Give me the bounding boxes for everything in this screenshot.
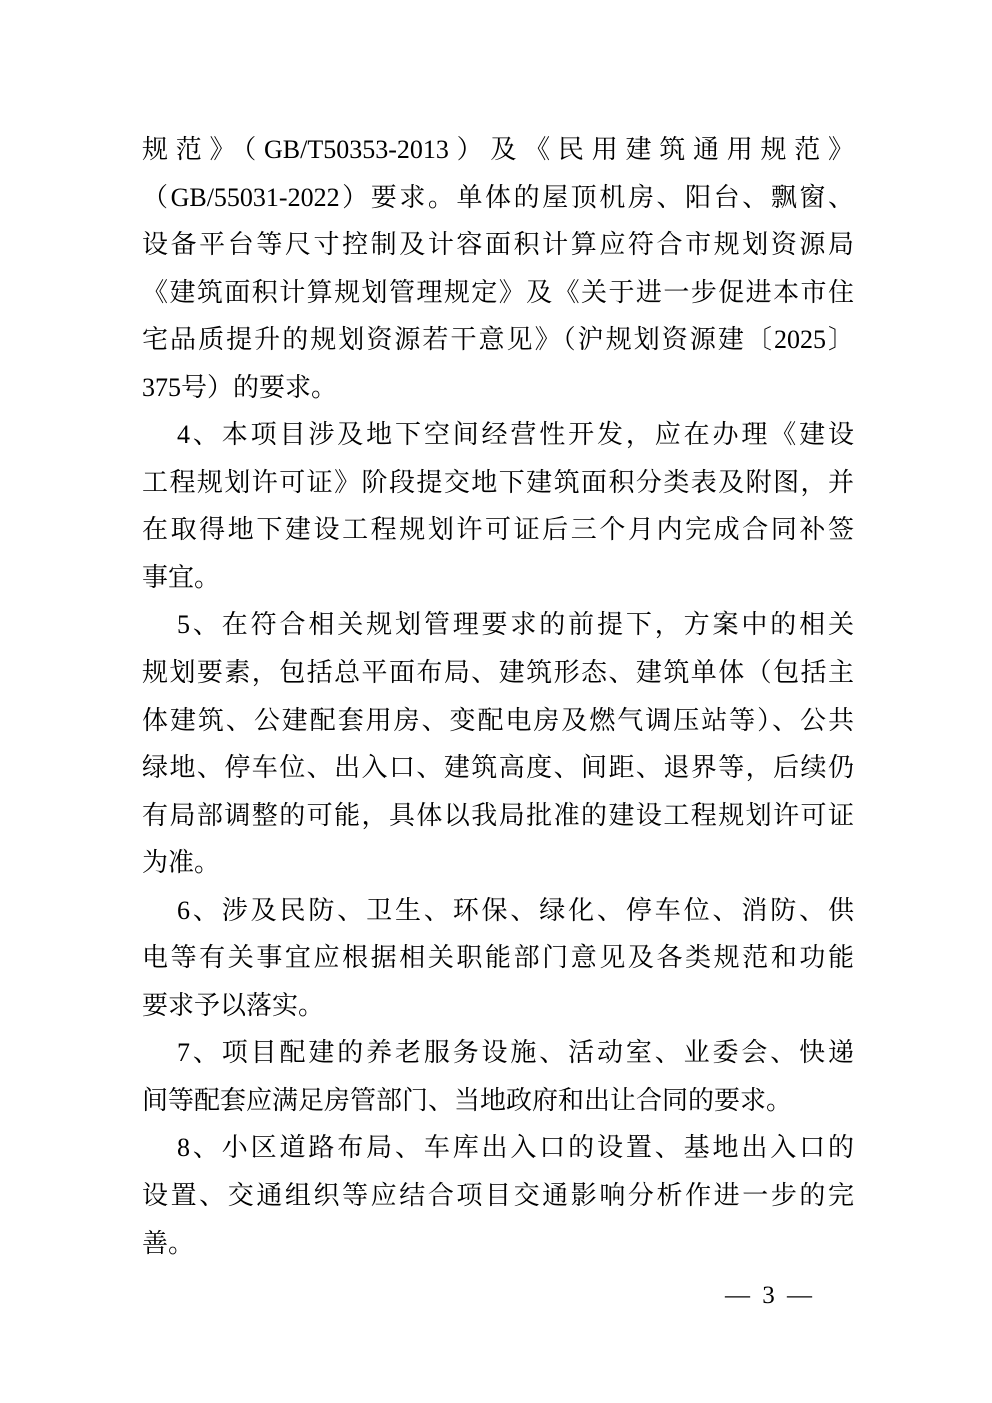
text-line: 5、在符合相关规划管理要求的前提下，方案中的相关	[142, 601, 854, 649]
text-line: 善。	[142, 1220, 854, 1268]
text-line: 375号）的要求。	[142, 364, 854, 412]
text-line: 8、小区道路布局、车库出入口的设置、基地出入口的	[142, 1124, 854, 1172]
text-line: 要求予以落实。	[142, 982, 854, 1030]
text-line: 在取得地下建设工程规划许可证后三个月内完成合同补签	[142, 506, 854, 554]
text-line: 绿地、停车位、出入口、建筑高度、间距、退界等，后续仍	[142, 744, 854, 792]
text-line: 为准。	[142, 839, 854, 887]
text-line: 规范》（GB/T50353-2013）及《民用建筑通用规范》	[142, 126, 854, 174]
text-line: 电等有关事宜应根据相关职能部门意见及各类规范和功能	[142, 934, 854, 982]
text-line: 设置、交通组织等应结合项目交通影响分析作进一步的完	[142, 1172, 854, 1220]
document-body: 规范》（GB/T50353-2013）及《民用建筑通用规范》（GB/55031-…	[142, 126, 854, 1267]
text-line: 规划要素，包括总平面布局、建筑形态、建筑单体（包括主	[142, 649, 854, 697]
page-number: — 3 —	[142, 1281, 815, 1311]
text-line: 体建筑、公建配套用房、变配电房及燃气调压站等）、公共	[142, 697, 854, 745]
paragraph: 8、小区道路布局、车库出入口的设置、基地出入口的设置、交通组织等应结合项目交通影…	[142, 1124, 854, 1267]
text-line: 宅品质提升的规划资源若干意见》（沪规划资源建〔2025〕	[142, 316, 854, 364]
text-line: 工程规划许可证》阶段提交地下建筑面积分类表及附图，并	[142, 459, 854, 507]
text-line: 7、项目配建的养老服务设施、活动室、业委会、快递	[142, 1029, 854, 1077]
text-line: 间等配套应满足房管部门、当地政府和出让合同的要求。	[142, 1077, 854, 1125]
document-page: 规范》（GB/T50353-2013）及《民用建筑通用规范》（GB/55031-…	[0, 0, 992, 1403]
text-line: 设备平台等尺寸控制及计容面积计算应符合市规划资源局	[142, 221, 854, 269]
text-line: 6、涉及民防、卫生、环保、绿化、停车位、消防、供	[142, 887, 854, 935]
paragraph: 规范》（GB/T50353-2013）及《民用建筑通用规范》（GB/55031-…	[142, 126, 854, 411]
paragraph: 5、在符合相关规划管理要求的前提下，方案中的相关规划要素，包括总平面布局、建筑形…	[142, 601, 854, 886]
text-line: 有局部调整的可能，具体以我局批准的建设工程规划许可证	[142, 792, 854, 840]
paragraph: 6、涉及民防、卫生、环保、绿化、停车位、消防、供电等有关事宜应根据相关职能部门意…	[142, 887, 854, 1030]
text-line: 4、本项目涉及地下空间经营性开发，应在办理《建设	[142, 411, 854, 459]
text-line: （GB/55031-2022）要求。单体的屋顶机房、阳台、飘窗、	[142, 174, 854, 222]
paragraph: 4、本项目涉及地下空间经营性开发，应在办理《建设工程规划许可证》阶段提交地下建筑…	[142, 411, 854, 601]
text-line: 事宜。	[142, 554, 854, 602]
text-line: 《建筑面积计算规划管理规定》及《关于进一步促进本市住	[142, 269, 854, 317]
paragraph: 7、项目配建的养老服务设施、活动室、业委会、快递间等配套应满足房管部门、当地政府…	[142, 1029, 854, 1124]
